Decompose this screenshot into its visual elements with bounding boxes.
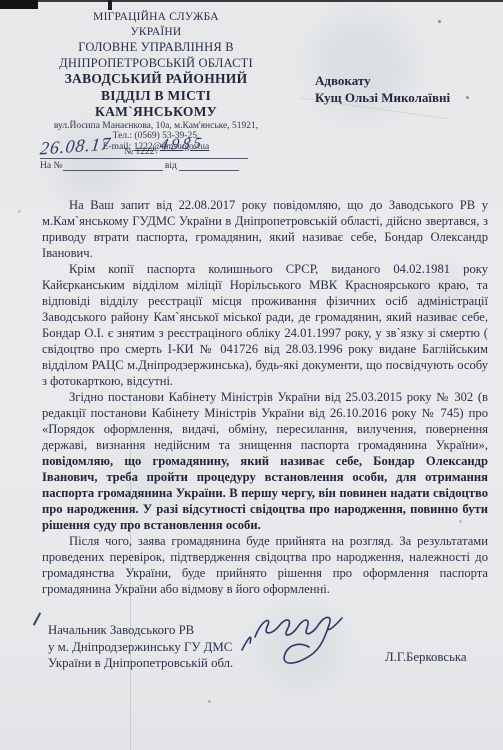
- outgoing-number-prefix: № 1222\: [124, 147, 157, 157]
- org-name-line: ДНІПРОПЕТРОВСЬКІЙ ОБЛАСТІ: [50, 56, 262, 72]
- org-unit-line: ЗАВОДСЬКИЙ РАЙОННИЙ: [50, 71, 262, 88]
- reference-underline: [40, 158, 248, 159]
- scan-speck: [466, 96, 469, 99]
- paragraph-3: Згідно постанови Кабінету Міністрів Укра…: [42, 389, 488, 533]
- reply-date-blank: [179, 160, 239, 171]
- handwritten-signature: [238, 606, 350, 668]
- paragraph-3-bold: повідомляю, що громадянину, який називає…: [42, 454, 488, 532]
- org-unit-line: ВІДДІЛ В МІСТІ: [50, 88, 262, 105]
- addressee-name: Кущ Ользі Миколаївні: [315, 89, 450, 106]
- paragraph-1: На Ваш запит від 22.08.2017 року повідом…: [42, 197, 488, 261]
- org-unit-line: КАМ`ЯНСЬКОМУ: [50, 104, 262, 121]
- scan-speck: [208, 700, 211, 703]
- scan-speck: [438, 20, 441, 23]
- scan-tick-mark: [108, 0, 112, 10]
- signer-title-line: України в Дніпропетровській обл.: [48, 655, 233, 672]
- signer-title-block: Начальник Заводського РВ у м. Дніпродзер…: [48, 622, 233, 672]
- signer-title-line: у м. Дніпродзержинську ГУ ДМС: [48, 639, 233, 656]
- pen-mark: [33, 612, 41, 625]
- paragraph-3-normal: Згідно постанови Кабінету Міністрів Укра…: [42, 390, 488, 452]
- org-name-line: ГОЛОВНЕ УПРАВЛІННЯ В: [50, 40, 262, 56]
- reply-reference-row: На № від: [40, 160, 239, 171]
- letter-body: На Ваш запит від 22.08.2017 року повідом…: [42, 197, 488, 597]
- reply-from-label: від: [165, 161, 177, 171]
- handwritten-number: 4985: [158, 135, 205, 155]
- letterhead: МІГРАЦІЙНА СЛУЖБА УКРАЇНИ ГОЛОВНЕ УПРАВЛ…: [50, 10, 262, 152]
- paragraph-4: Після чого, заява громадянина буде прийн…: [42, 533, 488, 597]
- scanned-letter-page: { "letterhead": { "org_lines": ["МІГРАЦІ…: [0, 0, 503, 750]
- handwritten-date: 26.08.17: [39, 133, 112, 159]
- signer-title-line: Начальник Заводського РВ: [48, 622, 233, 639]
- reply-label: На №: [40, 161, 63, 171]
- addressee-role: Адвокату: [315, 72, 450, 89]
- scan-speck: [18, 210, 21, 213]
- reply-number-blank: [63, 160, 163, 171]
- scan-edge-line: [0, 0, 503, 2]
- org-name-line: МІГРАЦІЙНА СЛУЖБА: [50, 10, 262, 25]
- addressee-block: Адвокату Кущ Ользі Миколаївні: [315, 72, 450, 106]
- signer-name: Л.Г.Берковська: [385, 650, 467, 665]
- org-address: вул.Йосипа Манаєнкова, 10а, м.Кам'янське…: [50, 121, 262, 132]
- scan-black-mark: [0, 0, 38, 9]
- org-name-line: УКРАЇНИ: [50, 25, 262, 40]
- paragraph-2: Крім копії паспорта колишнього СРСР, вид…: [42, 261, 488, 389]
